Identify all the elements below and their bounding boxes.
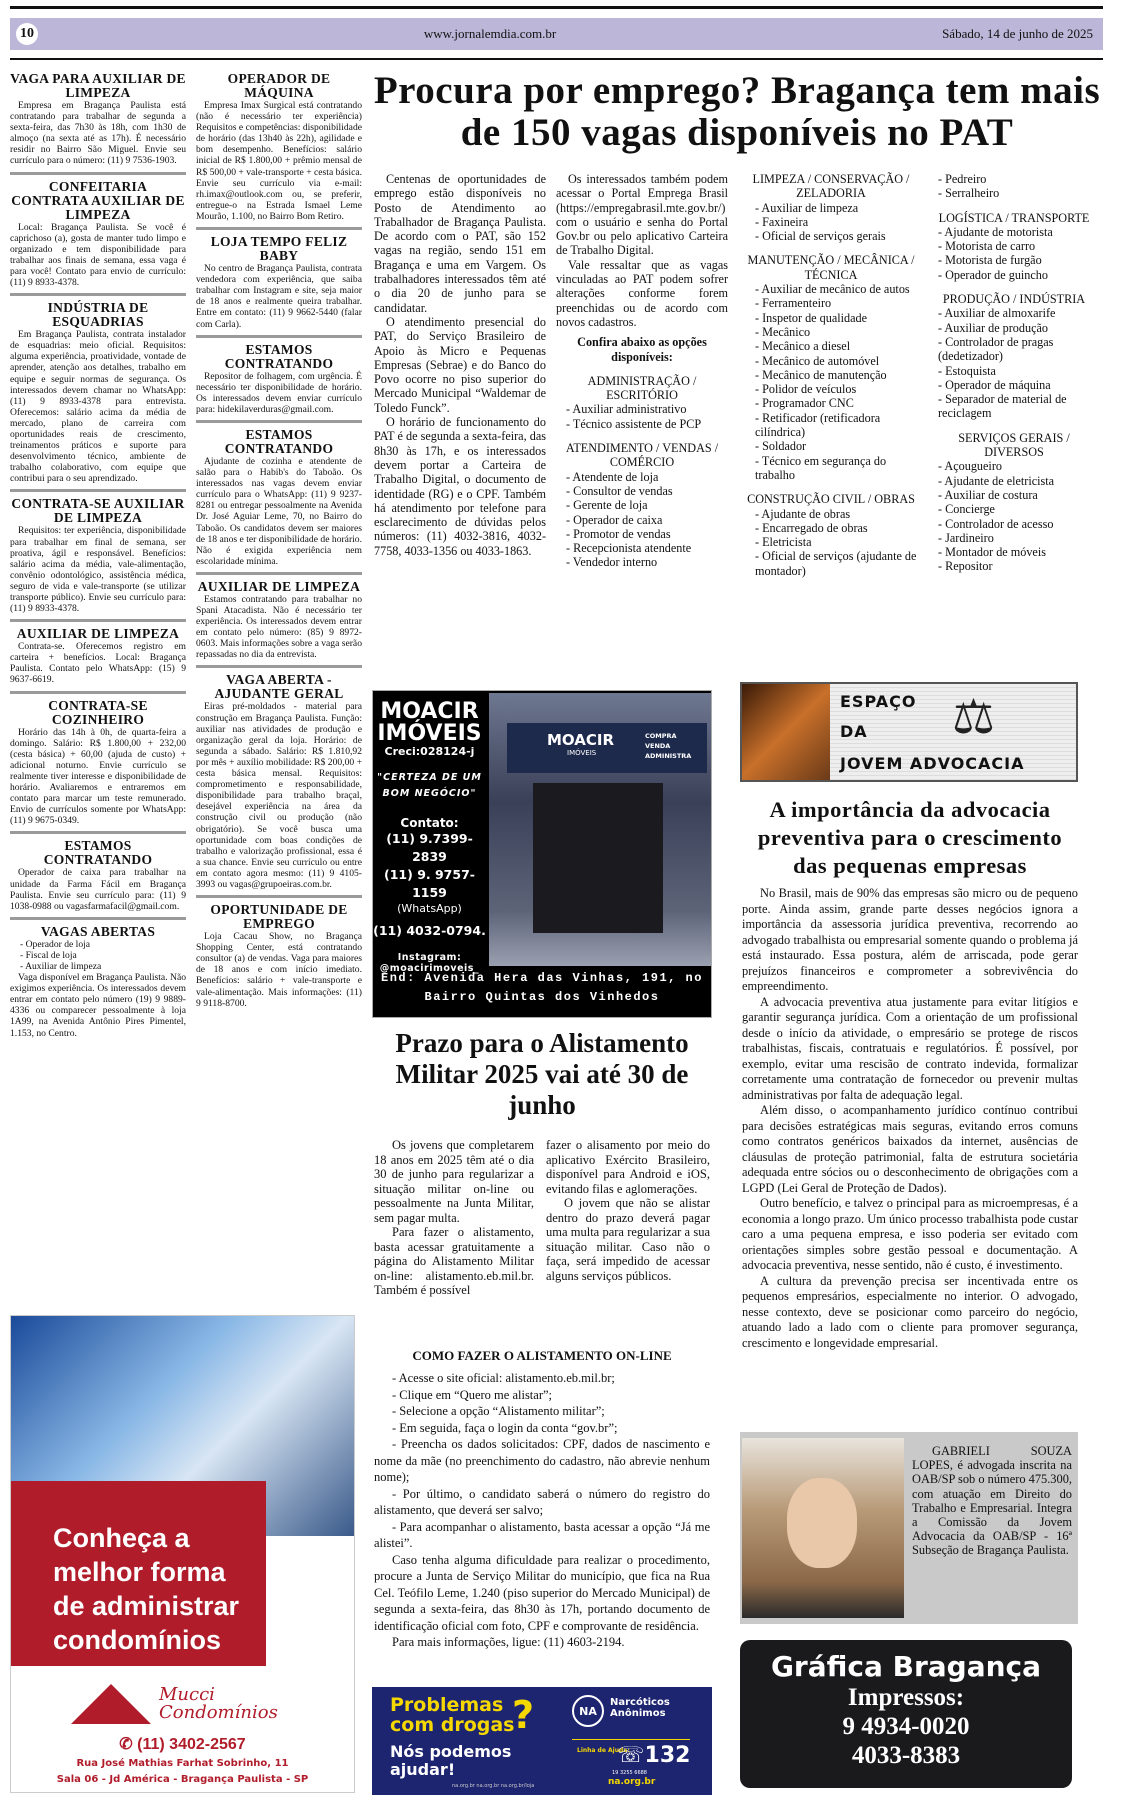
military-steps: - Acesse o site oficial: alistamento.eb.… bbox=[374, 1370, 710, 1651]
pat-job-item: - Mecânico a diesel bbox=[745, 339, 917, 353]
pat-category-name: PRODUÇÃO / INDÚSTRIA bbox=[928, 292, 1100, 306]
pat-category-name: CONSTRUÇÃO CIVIL / OBRAS bbox=[745, 492, 917, 506]
classified-title: AUXILIAR DE LIMPEZA bbox=[196, 580, 362, 594]
pat-job-item: - Oficial de serviços gerais bbox=[745, 229, 917, 243]
classified-title: CONTRATA-SE COZINHEIRO bbox=[10, 699, 186, 727]
pat-options-heading: Confira abaixo as opções disponíveis: bbox=[556, 335, 728, 364]
pat-category-name: ADMINISTRAÇÃO / ESCRITÓRIO bbox=[556, 374, 728, 403]
sign-brand: MOACIR bbox=[547, 731, 614, 749]
page-header: 10 www.jornalemdia.com.br Sábado, 14 de … bbox=[10, 18, 1103, 50]
pat-category: LIMPEZA / CONSERVAÇÃO / ZELADORIA- Auxil… bbox=[745, 172, 917, 243]
storefront-door bbox=[533, 783, 663, 933]
classified-ad: ESTAMOS CONTRATANDOAjudante de cozinha e… bbox=[196, 428, 362, 567]
pat-job-item: - Auxiliar de costura bbox=[928, 488, 1100, 502]
pat-job-item: - Ferramenteiro bbox=[745, 296, 917, 310]
pat-column-1: Centenas de oportunidades de emprego est… bbox=[374, 172, 546, 558]
pat-job-item: - Gerente de loja bbox=[556, 498, 728, 512]
pat-paragraph: O atendimento presencial do PAT, do Serv… bbox=[374, 315, 546, 415]
pat-job-item: - Faxineira bbox=[745, 215, 917, 229]
pat-job-item: - Ajudante de motorista bbox=[928, 225, 1100, 239]
classified-body: Operador de caixa para trabalhar na unid… bbox=[10, 867, 186, 911]
grafica-name: Gráfica Bragança bbox=[740, 1650, 1072, 1683]
na-org-name: NarcóticosAnônimos bbox=[610, 1697, 670, 1719]
moacir-creci: Creci:028124-j bbox=[373, 745, 486, 758]
pat-category-name: LOGÍSTICA / TRANSPORTE bbox=[928, 211, 1100, 225]
classified-body: Empresa em Bragança Paulista está contra… bbox=[10, 100, 186, 167]
pat-job-item: - Operador de máquina bbox=[928, 378, 1100, 392]
pat-paragraph: O horário de funcionamento do PAT é de s… bbox=[374, 415, 546, 558]
phone-icon: ✆ bbox=[119, 1736, 137, 1753]
pat-job-item: - Pedreiro bbox=[928, 172, 1100, 186]
classified-title: CONTRATA-SE AUXILIAR DE LIMPEZA bbox=[10, 497, 186, 525]
classified-title: ESTAMOS CONTRATANDO bbox=[10, 839, 186, 867]
military-step: Caso tenha alguma dificuldade para reali… bbox=[374, 1552, 710, 1635]
advocacy-headline: A importância da advocacia preventiva pa… bbox=[742, 796, 1078, 880]
classified-title: ESTAMOS CONTRATANDO bbox=[196, 428, 362, 456]
advocacy-paragraph: No Brasil, mais de 90% das empresas são … bbox=[742, 886, 1078, 995]
na-divider bbox=[572, 1739, 690, 1740]
scales-photo bbox=[742, 684, 830, 780]
page-number: 10 bbox=[16, 23, 38, 45]
jovem-advocacia-banner: ESPAÇO DA JOVEM ADVOCACIA ⚖ bbox=[740, 682, 1078, 782]
classified-body: Contrata-se. Oferecemos registro em cart… bbox=[10, 641, 186, 685]
advocacy-paragraph: A cultura da prevenção precisa ser incen… bbox=[742, 1274, 1078, 1352]
military-step: - Selecione a opção “Alistamento militar… bbox=[374, 1403, 710, 1420]
pat-job-item: - Auxiliar de limpeza bbox=[745, 201, 917, 215]
na-headline: Problemascom drogas bbox=[390, 1695, 514, 1735]
classified-ad: ESTAMOS CONTRATANDOOperador de caixa par… bbox=[10, 839, 186, 911]
mucci-phone: ✆ (11) 3402-2567 bbox=[11, 1734, 354, 1754]
pat-job-item: - Consultor de vendas bbox=[556, 484, 728, 498]
classified-body: Loja Cacau Show, no Bragança Shopping Ce… bbox=[196, 931, 362, 1009]
site-url[interactable]: www.jornalemdia.com.br bbox=[424, 26, 556, 42]
pat-job-item: - Açougueiro bbox=[928, 459, 1100, 473]
military-step: - Preencha os dados solicitados: CPF, da… bbox=[374, 1436, 710, 1486]
classified-title: VAGA ABERTA - AJUDANTE GERAL bbox=[196, 673, 362, 701]
pat-category-name: LIMPEZA / CONSERVAÇÃO / ZELADORIA bbox=[745, 172, 917, 201]
pat-job-item: - Promotor de vendas bbox=[556, 527, 728, 541]
pat-category-continued: - Pedreiro- Serralheiro bbox=[928, 172, 1100, 201]
na-website[interactable]: na.org.br bbox=[608, 1777, 655, 1787]
classified-title: ESTAMOS CONTRATANDO bbox=[196, 343, 362, 371]
classified-ad: CONTRATA-SE AUXILIAR DE LIMPEZARequisito… bbox=[10, 497, 186, 614]
military-paragraph: Para fazer o alistamento, basta acessar … bbox=[374, 1225, 534, 1298]
grafica-phone: 9 4934-0020 bbox=[740, 1712, 1072, 1741]
pat-job-item: - Separador de material de reciclagem bbox=[928, 392, 1100, 421]
pat-job-item: - Estoquista bbox=[928, 364, 1100, 378]
classified-title: OPERADOR DE MÁQUINA bbox=[196, 72, 362, 100]
pat-job-item: - Jardineiro bbox=[928, 531, 1100, 545]
military-step: - Por último, o candidato saberá o númer… bbox=[374, 1486, 710, 1519]
pat-job-item: - Operador de caixa bbox=[556, 513, 728, 527]
advocacy-paragraph: A advocacia preventiva atua justamente p… bbox=[742, 995, 1078, 1104]
military-step: - Clique em “Quero me alistar”; bbox=[374, 1387, 710, 1404]
pat-job-item: - Polidor de veículos bbox=[745, 382, 917, 396]
pat-job-item: - Auxiliar de produção bbox=[928, 321, 1100, 335]
classified-body: Horário das 14h à 0h, de quarta-feira a … bbox=[10, 727, 186, 827]
pat-category-name: ATENDIMENTO / VENDAS / COMÉRCIO bbox=[556, 441, 728, 470]
ad-separator bbox=[10, 691, 186, 694]
na-phone: 19 3255 6688 bbox=[612, 1770, 647, 1776]
pat-category: SERVIÇOS GERAIS / DIVERSOS- Açougueiro- … bbox=[928, 431, 1100, 574]
classified-ad: OPERADOR DE MÁQUINAEmpresa Imax Surgical… bbox=[196, 72, 362, 222]
classified-ad: VAGA PARA AUXILIAR DE LIMPEZAEmpresa em … bbox=[10, 72, 186, 167]
moacir-slogan: "CERTEZA DE UM BOM NEGÓCIO" bbox=[373, 770, 486, 802]
ad-separator bbox=[196, 572, 362, 575]
header-rule bbox=[10, 58, 1103, 60]
moacir-whatsapp-label: (WhatsApp) bbox=[373, 902, 486, 916]
classified-body: No centro de Bragança Paulista, contrata… bbox=[196, 263, 362, 330]
pat-job-item: - Mecânico de manutenção bbox=[745, 368, 917, 382]
pat-job-item: - Soldador bbox=[745, 439, 917, 453]
military-step: - Para acompanhar o alistamento, basta a… bbox=[374, 1519, 710, 1552]
classified-body: Estamos contratando para trabalhar no Sp… bbox=[196, 594, 362, 661]
na-logo-icon: NA bbox=[572, 1695, 604, 1727]
pat-category: ADMINISTRAÇÃO / ESCRITÓRIO- Auxiliar adm… bbox=[556, 374, 728, 431]
pat-job-item: - Vendedor interno bbox=[556, 555, 728, 569]
military-subheading: COMO FAZER O ALISTAMENTO ON-LINE bbox=[374, 1348, 710, 1364]
military-paragraph: Os jovens que completarem 18 anos em 202… bbox=[374, 1138, 534, 1225]
classified-ad: ESTAMOS CONTRATANDORepositor de folhagem… bbox=[196, 343, 362, 415]
pat-job-item: - Técnico assistente de PCP bbox=[556, 417, 728, 431]
pat-category-name: SERVIÇOS GERAIS / DIVERSOS bbox=[928, 431, 1100, 460]
pat-job-item: - Retificador (retificadora cilíndrica) bbox=[745, 411, 917, 440]
mucci-address: Rua José Mathias Farhat Sobrinho, 11Sala… bbox=[11, 1756, 354, 1788]
classified-ad: INDÚSTRIA DE ESQUADRIASEm Bragança Pauli… bbox=[10, 301, 186, 484]
pat-column-2: Os interessados também podem acessar o P… bbox=[556, 172, 728, 570]
pat-category: LOGÍSTICA / TRANSPORTE- Ajudante de moto… bbox=[928, 211, 1100, 282]
pat-column-3: LIMPEZA / CONSERVAÇÃO / ZELADORIA- Auxil… bbox=[745, 172, 917, 578]
classified-body: Requisitos: ter experiência, disponibili… bbox=[10, 525, 186, 614]
pat-headline: Procura por emprego? Bragança tem mais d… bbox=[372, 70, 1102, 154]
pat-category-name: MANUTENÇÃO / MECÂNICA / TÉCNICA bbox=[745, 253, 917, 282]
pat-job-item: - Motorista de furgão bbox=[928, 253, 1100, 267]
ad-separator bbox=[10, 619, 186, 622]
pat-job-item: - Ajudante de eletricista bbox=[928, 474, 1100, 488]
ad-separator bbox=[10, 917, 186, 920]
grafica-phone: 4033-8383 bbox=[740, 1741, 1072, 1770]
question-mark-icon: ? bbox=[512, 1693, 534, 1737]
moacir-phone: (11) 9.7399-2839 bbox=[373, 830, 486, 866]
pat-paragraph: Vale ressaltar que as vagas vinculadas a… bbox=[556, 258, 728, 329]
ad-separator bbox=[196, 665, 362, 668]
pat-job-item: - Oficial de serviços (ajudante de monta… bbox=[745, 549, 917, 578]
classified-body: Repositor de folhagem, com urgência. É n… bbox=[196, 371, 362, 415]
ad-separator bbox=[196, 227, 362, 230]
classified-body: Local: Bragança Paulista. Se você é capr… bbox=[10, 222, 186, 289]
moacir-info-panel: MOACIRIMÓVEIS Creci:028124-j "CERTEZA DE… bbox=[373, 691, 486, 966]
classified-title: OPORTUNIDADE DE EMPREGO bbox=[196, 903, 362, 931]
pat-job-item: - Serralheiro bbox=[928, 186, 1100, 200]
pat-job-item: - Ajudante de obras bbox=[745, 507, 917, 521]
narcoticos-anonimos-ad[interactable]: Problemascom drogas ? Nós podemosajudar!… bbox=[372, 1687, 712, 1795]
classifieds-column-middle: OPERADOR DE MÁQUINAEmpresa Imax Surgical… bbox=[196, 72, 362, 1009]
scales-of-justice-icon: ⚖ bbox=[952, 688, 995, 748]
classified-title: INDÚSTRIA DE ESQUADRIAS bbox=[10, 301, 186, 329]
ad-separator bbox=[10, 489, 186, 492]
classified-ad: LOJA TEMPO FELIZ BABYNo centro de Bragan… bbox=[196, 235, 362, 330]
pat-paragraph: Centenas de oportunidades de emprego est… bbox=[374, 172, 546, 315]
issue-date: Sábado, 14 de junho de 2025 bbox=[942, 26, 1093, 42]
classified-title: VAGAS ABERTAS bbox=[10, 925, 186, 939]
classified-ad: VAGAS ABERTAS- Operador de loja- Fiscal … bbox=[10, 925, 186, 1039]
military-paragraph: O jovem que não se alistar dentro do pra… bbox=[546, 1196, 710, 1283]
pat-category: ATENDIMENTO / VENDAS / COMÉRCIO- Atenden… bbox=[556, 441, 728, 570]
grafica-label: Impressos: bbox=[740, 1683, 1072, 1712]
classified-ad: AUXILIAR DE LIMPEZAContrata-se. Oferecem… bbox=[10, 627, 186, 685]
military-step: - Em seguida, faça o login da conta “gov… bbox=[374, 1420, 710, 1437]
classified-list-item: - Auxiliar de limpeza bbox=[10, 961, 186, 972]
classified-ad: CONFEITARIA CONTRATA AUXILIAR DE LIMPEZA… bbox=[10, 180, 186, 289]
banner-line: ESPAÇO bbox=[840, 692, 916, 711]
classified-body: Empresa Imax Surgical está contratando (… bbox=[196, 100, 362, 222]
pat-job-item: - Concierge bbox=[928, 502, 1100, 516]
pat-job-item: - Encarregado de obras bbox=[745, 521, 917, 535]
author-bio: GABRIELI SOUZA LOPES, é advogada inscrit… bbox=[912, 1444, 1072, 1558]
pat-job-item: - Atendente de loja bbox=[556, 470, 728, 484]
military-step: - Acesse o site oficial: alistamento.eb.… bbox=[374, 1370, 710, 1387]
pat-category: PRODUÇÃO / INDÚSTRIA- Auxiliar de almoxa… bbox=[928, 292, 1100, 421]
classified-ad: OPORTUNIDADE DE EMPREGOLoja Cacau Show, … bbox=[196, 903, 362, 1009]
classified-list-item: - Fiscal de loja bbox=[10, 950, 186, 961]
classified-body: Eiras pré-moldados - material para const… bbox=[196, 701, 362, 890]
moacir-name: MOACIRIMÓVEIS bbox=[373, 701, 486, 745]
advocacy-body: No Brasil, mais de 90% das empresas são … bbox=[742, 886, 1078, 1351]
classified-title: VAGA PARA AUXILIAR DE LIMPEZA bbox=[10, 72, 186, 100]
pat-job-item: - Mecânico bbox=[745, 325, 917, 339]
classified-body: Em Bragança Paulista, contrata instalado… bbox=[10, 329, 186, 484]
top-rule bbox=[10, 6, 1103, 9]
pat-job-item: - Auxiliar administrativo bbox=[556, 402, 728, 416]
pat-job-item: - Motorista de carro bbox=[928, 239, 1100, 253]
classified-ad: AUXILIAR DE LIMPEZAEstamos contratando p… bbox=[196, 580, 362, 661]
mucci-condominios-ad[interactable]: Conheça a melhor forma de administrar co… bbox=[10, 1315, 355, 1793]
classified-ad: VAGA ABERTA - AJUDANTE GERALEiras pré-mo… bbox=[196, 673, 362, 890]
military-step: Para mais informações, ligue: (11) 4603-… bbox=[374, 1634, 710, 1651]
pat-job-item: - Técnico em segurança do trabalho bbox=[745, 454, 917, 483]
classified-body: Vaga disponível em Bragança Paulista. Nã… bbox=[10, 972, 186, 1039]
classified-body: Ajudante de cozinha e atendente de salão… bbox=[196, 456, 362, 567]
na-help-number: ☏132 bbox=[617, 1743, 690, 1768]
pat-paragraph: Os interessados também podem acessar o P… bbox=[556, 172, 728, 258]
advocacy-paragraph: Além disso, o acompanhamento jurídico co… bbox=[742, 1103, 1078, 1196]
moacir-instagram-label: Instagram: bbox=[373, 952, 486, 963]
mucci-headline: Conheça a melhor forma de administrar co… bbox=[11, 1481, 266, 1666]
military-column-1: Os jovens que completarem 18 anos em 202… bbox=[374, 1138, 534, 1298]
banner-line: JOVEM ADVOCACIA bbox=[840, 754, 1025, 773]
classified-title: CONFEITARIA CONTRATA AUXILIAR DE LIMPEZA bbox=[10, 180, 186, 222]
classifieds-column-left: VAGA PARA AUXILIAR DE LIMPEZAEmpresa em … bbox=[10, 72, 186, 1039]
pat-job-item: - Repositor bbox=[928, 559, 1100, 573]
pat-category: MANUTENÇÃO / MECÂNICA / TÉCNICA- Auxilia… bbox=[745, 253, 917, 482]
moacir-address: End: Avenida Hera das Vinhas, 191, noBai… bbox=[373, 969, 711, 1007]
grafica-braganca-ad[interactable]: Gráfica Bragança Impressos: 9 4934-0020 … bbox=[740, 1640, 1072, 1788]
pat-category: CONSTRUÇÃO CIVIL / OBRAS- Ajudante de ob… bbox=[745, 492, 917, 578]
pat-job-item: - Controlador de pragas (dedetizador) bbox=[928, 335, 1100, 364]
pat-job-item: - Montador de móveis bbox=[928, 545, 1100, 559]
na-social-links[interactable]: na.org.br na.org.br na.org.br/loja bbox=[452, 1783, 534, 1789]
pat-job-item: - Auxiliar de mecânico de autos bbox=[745, 282, 917, 296]
classified-title: AUXILIAR DE LIMPEZA bbox=[10, 627, 186, 641]
roof-logo-icon bbox=[71, 1684, 151, 1724]
ad-separator bbox=[10, 831, 186, 834]
sign-services: COMPRAVENDAADMINISTRA bbox=[645, 731, 691, 761]
military-paragraph: fazer o alisamento por meio do aplicativ… bbox=[546, 1138, 710, 1196]
ad-separator bbox=[10, 172, 186, 175]
pat-job-item: - Programador CNC bbox=[745, 396, 917, 410]
military-headline: Prazo para o Alistamento Militar 2025 va… bbox=[372, 1028, 712, 1121]
storefront-photo: MOACIR IMÓVEIS COMPRAVENDAADMINISTRA bbox=[489, 693, 711, 966]
pat-column-4: - Pedreiro- Serralheiro LOGÍSTICA / TRAN… bbox=[928, 172, 1100, 574]
moacir-imoveis-ad[interactable]: MOACIRIMÓVEIS Creci:028124-j "CERTEZA DE… bbox=[372, 690, 712, 1018]
na-subline: Nós podemosajudar! bbox=[390, 1743, 511, 1779]
classified-list-item: - Operador de loja bbox=[10, 939, 186, 950]
moacir-contact-label: Contato: bbox=[373, 816, 486, 830]
military-column-2: fazer o alisamento por meio do aplicativ… bbox=[546, 1138, 710, 1283]
banner-line: DA bbox=[840, 722, 868, 741]
classified-ad: CONTRATA-SE COZINHEIROHorário das 14h à … bbox=[10, 699, 186, 827]
ad-separator bbox=[196, 895, 362, 898]
author-box: GABRIELI SOUZA LOPES, é advogada inscrit… bbox=[740, 1432, 1078, 1624]
pat-job-item: - Eletricista bbox=[745, 535, 917, 549]
advocacy-paragraph: Outro benefício, e talvez o principal pa… bbox=[742, 1196, 1078, 1274]
sign-sub: IMÓVEIS bbox=[567, 749, 596, 757]
author-photo bbox=[742, 1438, 904, 1618]
storefront-sign: MOACIR IMÓVEIS COMPRAVENDAADMINISTRA bbox=[507, 723, 707, 773]
moacir-phone: (11) 4032-0794. bbox=[373, 922, 486, 940]
pat-job-item: - Inspetor de qualidade bbox=[745, 311, 917, 325]
phone-icon: ☏ bbox=[617, 1743, 645, 1768]
pat-job-item: - Operador de guincho bbox=[928, 268, 1100, 282]
ad-separator bbox=[196, 420, 362, 423]
pat-job-item: - Auxiliar de almoxarife bbox=[928, 306, 1100, 320]
ad-separator bbox=[196, 335, 362, 338]
pat-job-item: - Mecânico de automóvel bbox=[745, 354, 917, 368]
pat-job-item: - Controlador de acesso bbox=[928, 517, 1100, 531]
moacir-phone: (11) 9. 9757-1159 bbox=[373, 866, 486, 902]
classified-title: LOJA TEMPO FELIZ BABY bbox=[196, 235, 362, 263]
pat-job-item: - Recepcionista atendente bbox=[556, 541, 728, 555]
ad-separator bbox=[10, 293, 186, 296]
